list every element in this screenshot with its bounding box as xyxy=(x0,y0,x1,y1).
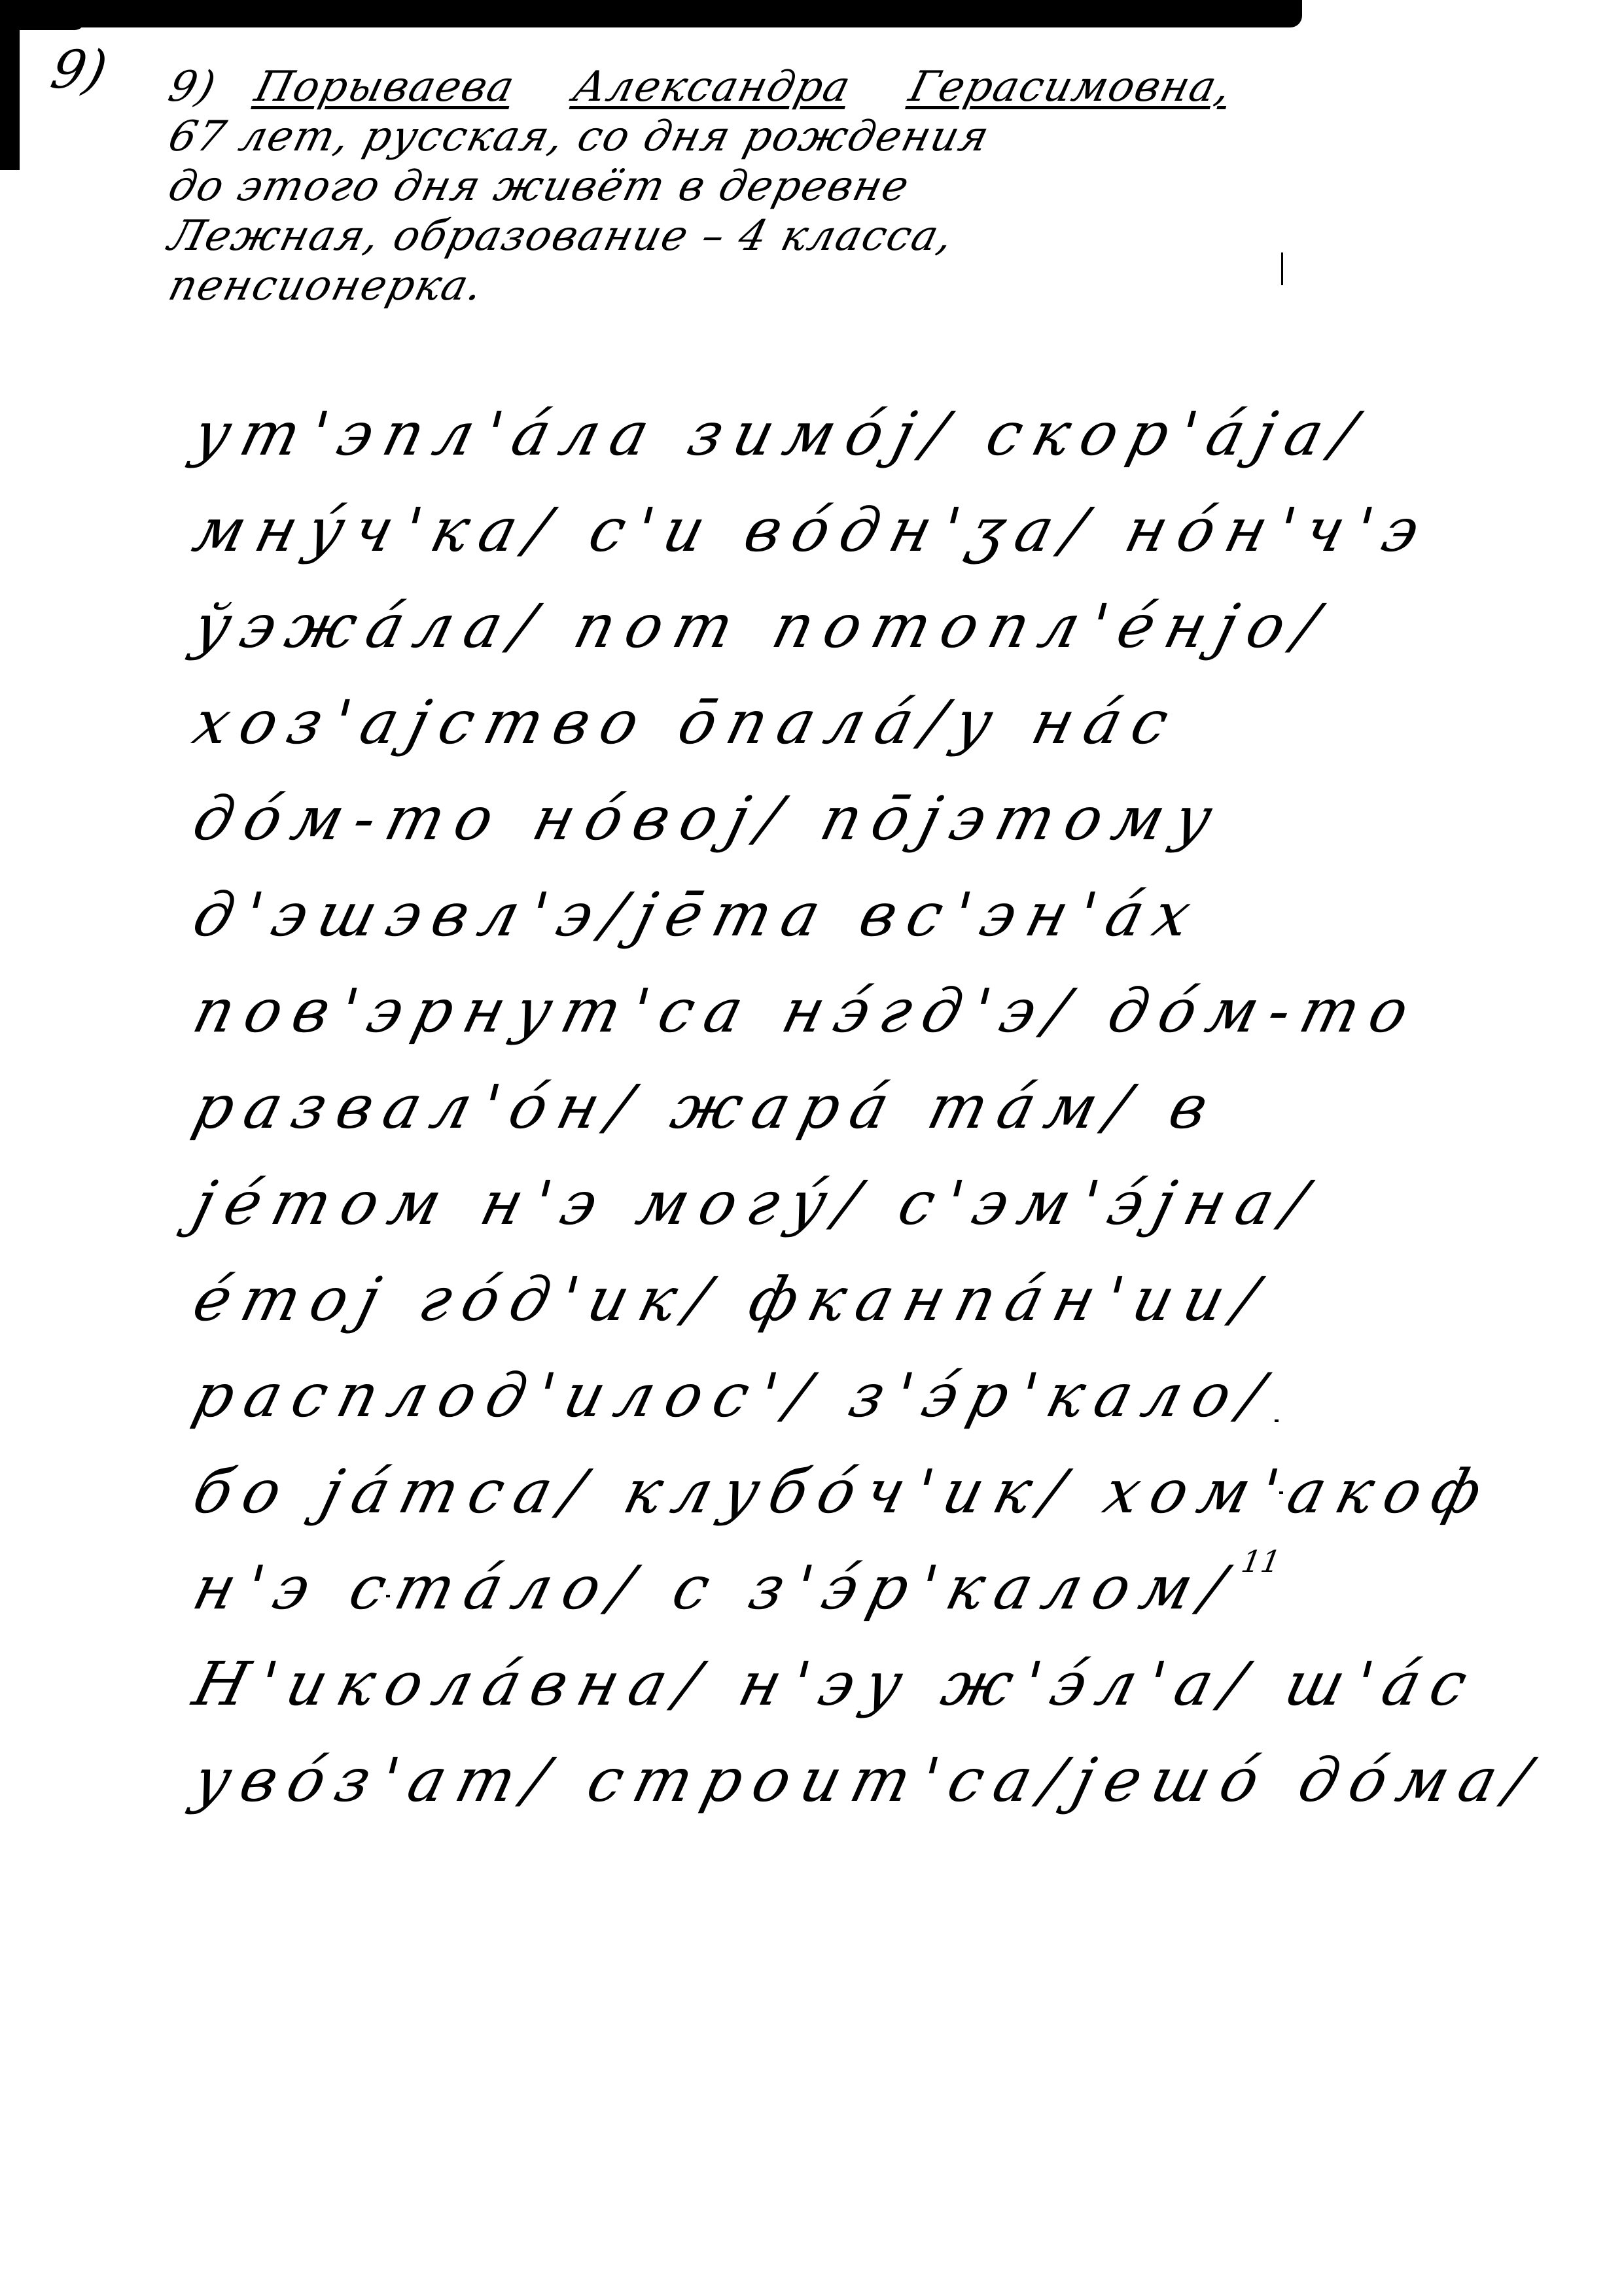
transcription-line: Н'икола́вна/ н'эу ж'э́л'а/ ш'а́с xyxy=(183,1636,1359,1732)
scan-speck xyxy=(1275,1419,1279,1422)
transcription-line: развал'о́н/ жара́ та́м/ в xyxy=(183,1059,1359,1155)
transcription-line: хоз'аjство о̄пала́/у на́с xyxy=(183,674,1359,771)
scan-speck xyxy=(1279,1491,1283,1494)
informant-surname: Порываева xyxy=(250,63,520,111)
transcription-line: ут'эпл'а́ла зимо́j/ скор'а́jа/ xyxy=(183,386,1359,482)
transcription-line: н'э ста́ло/ с з'э́р'калом/ xyxy=(183,1540,1359,1636)
transcription-line: ўэжа́ла/ пот потопл'е́нjо/ xyxy=(183,578,1359,674)
scan-border-left xyxy=(0,0,20,170)
scan-border-corner xyxy=(20,20,85,30)
transcription-line: уво́з'ат/ строит'са/jешо́ до́ма/ xyxy=(183,1732,1359,1828)
informant-info-line: до этого дня живёт в деревне xyxy=(164,162,1328,211)
margin-mark: 9) xyxy=(46,39,113,100)
item-number: 9) xyxy=(164,63,221,111)
transcription-line: бо jа́тса/ клубо́ч'ик/ хом'акоф xyxy=(183,1444,1359,1540)
transcription-line: д'эшэвл'э/jе̄та вс'эн'а́х xyxy=(183,867,1359,963)
informant-info-line: Лежная, образование – 4 класса, xyxy=(164,211,1328,261)
informant-header: 9) Порываева Александра Герасимовна, 67 … xyxy=(164,62,1315,311)
scan-border-top xyxy=(0,0,1302,27)
transcription-line: расплод'илос'/ з'э́р'кало/ xyxy=(183,1348,1359,1444)
phonetic-transcription: ут'эпл'а́ла зимо́j/ скор'а́jа/ мну́ч'ка/… xyxy=(183,386,1335,1828)
transcription-line: jе́том н'э могу́/ с'эм'э́jна/ xyxy=(183,1155,1359,1251)
informant-first-name: Александра xyxy=(569,63,856,111)
transcription-line: пов'эрнут'са нэ́гд'э/ до́м-то xyxy=(183,963,1359,1059)
transcription-line: мну́ч'ка/ с'и во́дн'ʒа/ но́н'ч'э xyxy=(183,482,1359,578)
informant-info-line: пенсионерка. xyxy=(164,261,1328,311)
informant-info-line: 67 лет, русская, со дня рождения xyxy=(164,112,1328,162)
transcription-line: е́тоj го́д'ик/ фканпа́н'ии/ xyxy=(183,1251,1359,1348)
scan-speck xyxy=(386,1595,390,1597)
page-number: 11 xyxy=(1239,1544,1283,1579)
informant-patronymic: Герасимовна, xyxy=(904,63,1237,111)
informant-name-line: 9) Порываева Александра Герасимовна, xyxy=(164,62,1328,112)
transcription-line: до́м-то но́воj/ по̄jэтому xyxy=(183,771,1359,867)
